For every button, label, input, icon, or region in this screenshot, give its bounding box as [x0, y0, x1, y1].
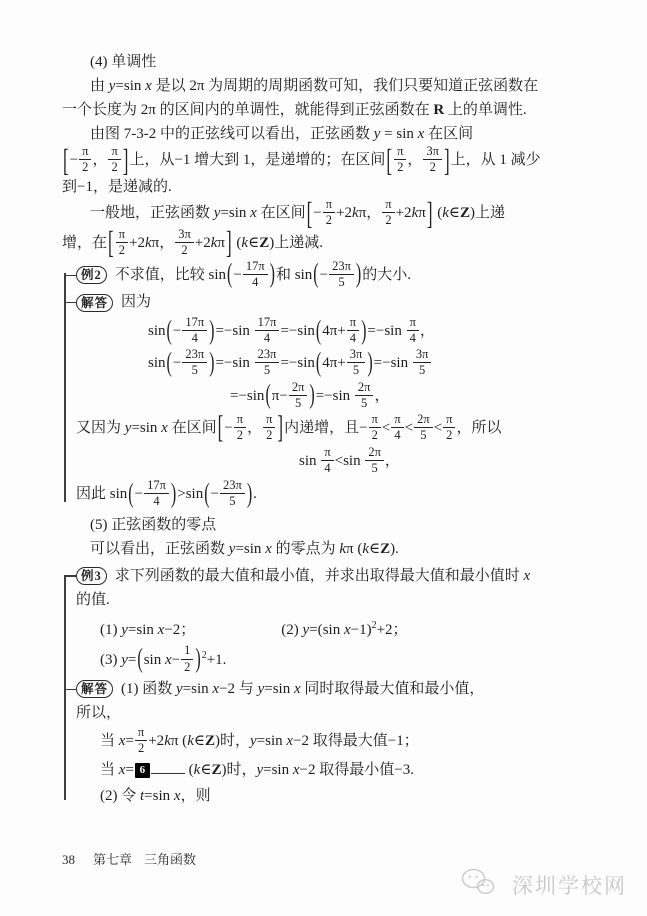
- text-run: (1) y=sin x−2；: [100, 622, 195, 638]
- span: ，则: [181, 788, 211, 804]
- text-run: 当 x=: [100, 762, 134, 778]
- span: ).: [390, 541, 399, 557]
- fraction: 2π5: [365, 446, 384, 475]
- fraction-denominator: 2: [323, 213, 335, 227]
- span: [250, 323, 254, 339]
- span: −: [313, 205, 321, 221]
- span: −: [224, 420, 232, 436]
- text-run: ，: [247, 420, 262, 436]
- it: k: [442, 205, 449, 221]
- circle: [487, 884, 489, 886]
- text-run: <: [405, 420, 413, 436]
- rm: sin: [148, 323, 166, 339]
- text-run: +2kπ: [195, 235, 225, 251]
- page-number: 38: [62, 852, 75, 867]
- span: 因此: [76, 486, 110, 502]
- fraction-numerator: 17π: [182, 316, 207, 331]
- text-line: sin π4<sin 2π5，: [76, 447, 623, 476]
- fraction: 3π5: [347, 348, 366, 377]
- chapter-label: 第七章: [93, 852, 132, 867]
- text-run: 求下列函数的最大值和最小值，并求出取得最大值和最小值时 x: [115, 568, 530, 584]
- text-run: 可以看出，正弦函数 y=sin x 的零点为 kπ (k∈Z).: [90, 541, 399, 557]
- text-run: 4π+: [322, 323, 346, 339]
- it: k: [187, 733, 194, 749]
- text-run: ，: [385, 453, 400, 469]
- big-paren: (: [128, 474, 133, 515]
- big-paren: (: [316, 343, 321, 384]
- text-line: 例3求下列函数的最大值和最小值，并求出取得最大值和最小值时 x: [64, 564, 623, 588]
- span: (2): [281, 622, 302, 638]
- big-bracket: [: [63, 138, 69, 182]
- text-run: sin: [148, 355, 166, 371]
- fraction: π2: [394, 145, 406, 174]
- rm: sin: [232, 323, 250, 339]
- span: +1.: [207, 652, 227, 668]
- text-line: (4) 单调性: [62, 50, 623, 74]
- text-run: +1.: [207, 652, 227, 668]
- span: (2) 令: [100, 788, 140, 804]
- text-run: 由 y=sin x 是以 2π 为周期的周期函数可知，我们只要知道正弦函数在: [90, 78, 538, 94]
- text-run: =−sin: [374, 355, 412, 371]
- span: =: [144, 788, 152, 804]
- rm: sin: [323, 622, 341, 638]
- text-run: 因为: [121, 294, 151, 310]
- span: π，: [359, 205, 382, 221]
- text-run: 一般地，正弦函数 y=sin x 在区间: [90, 205, 306, 221]
- text-run: 上，从 1 减少: [451, 152, 541, 168]
- paragraph-block: (4) 单调性由 y=sin x 是以 2π 为周期的周期函数可知，我们只要知道…: [62, 50, 623, 258]
- span: 可以看出，正弦函数: [90, 541, 229, 557]
- ellipse: [463, 870, 485, 888]
- fraction-denominator: 5: [220, 494, 245, 508]
- big-bracket: [: [218, 406, 224, 450]
- span: 同时取得最大值和最小值，: [301, 681, 485, 697]
- rm: sin: [124, 78, 142, 94]
- span: <: [434, 420, 442, 436]
- fraction: π2: [79, 145, 91, 174]
- it: x: [265, 541, 272, 557]
- span: =−: [367, 323, 384, 339]
- fraction: π2: [135, 726, 147, 755]
- fraction-numerator: π: [407, 316, 419, 331]
- rm: sin: [232, 355, 250, 371]
- fraction-denominator: 5: [365, 461, 384, 475]
- it: x: [174, 788, 181, 804]
- text-run: ，: [420, 323, 435, 339]
- big-paren: (: [204, 474, 209, 515]
- text-line: 的值.: [76, 588, 623, 612]
- fraction: 17π4: [243, 260, 268, 289]
- span: ，: [374, 388, 389, 404]
- rm: sin: [297, 355, 315, 371]
- span: =−: [316, 388, 333, 404]
- big-paren: ): [209, 343, 214, 384]
- fraction-numerator: 2π: [414, 413, 433, 428]
- example-label: 解答: [76, 294, 113, 312]
- span: 在区间: [168, 420, 217, 436]
- rm: sin: [273, 681, 291, 697]
- circle: [482, 884, 484, 886]
- fraction-numerator: π: [443, 413, 455, 428]
- fraction-numerator: π: [108, 145, 120, 160]
- rm: sin: [153, 788, 171, 804]
- rm: sin: [295, 267, 313, 283]
- span: −: [211, 486, 219, 502]
- text-run: π−: [272, 388, 288, 404]
- big-bracket: ]: [123, 138, 129, 182]
- fraction-denominator: 2: [234, 428, 246, 442]
- span: ，: [385, 453, 400, 469]
- span: =(: [309, 622, 322, 638]
- fraction: π2: [369, 413, 381, 442]
- text-run: ，: [92, 152, 107, 168]
- fraction-denominator: 2: [135, 741, 147, 755]
- text-line: 当 x=π2+2kπ (k∈Z)时，y=sin x−2 取得最大值−1；: [76, 727, 623, 756]
- rm: sin: [396, 126, 414, 142]
- fraction-numerator: π: [391, 413, 403, 428]
- it: y: [176, 681, 183, 697]
- rm: sin: [110, 486, 128, 502]
- text-run: (4) 单调性: [90, 54, 156, 70]
- it: x: [161, 420, 168, 436]
- rm: sin: [140, 420, 158, 436]
- text-run: 不求值，比较 sin: [115, 267, 226, 283]
- text-run: +2kπ (k∈Z)时，y=sin x−2 取得最大值−1；: [148, 733, 419, 749]
- text-run: 当 x=: [100, 733, 134, 749]
- text-line: 一个长度为 2π 的区间内的单调性，就能得到正弦函数在 R 上的单调性.: [62, 98, 623, 122]
- fraction: 17π4: [144, 479, 169, 508]
- fraction-numerator: π: [347, 316, 359, 331]
- span: )时，: [215, 733, 250, 749]
- span: )上递减.: [269, 235, 323, 251]
- span: π: [418, 205, 426, 221]
- blank-underline: [151, 762, 185, 774]
- wechat-icon: [460, 867, 496, 902]
- it: x: [293, 762, 300, 778]
- fraction-denominator: 4: [391, 428, 403, 442]
- text-run: 到−1，是递减的.: [62, 179, 172, 195]
- text-run: sin x−: [144, 652, 180, 668]
- span: −2 与: [219, 681, 257, 697]
- text-run: sin: [299, 453, 320, 469]
- text-run: 一个长度为 2π 的区间内的单调性，就能得到正弦函数在 R 上的单调性.: [62, 102, 527, 118]
- fraction: 2π5: [289, 381, 308, 410]
- text-run: −: [320, 267, 328, 283]
- fraction-denominator: 2: [382, 213, 394, 227]
- span: 是以 2π 为周期的周期函数可知，我们只要知道正弦函数在: [152, 78, 538, 94]
- fraction: 2π5: [414, 413, 433, 442]
- text-run: 内递增，且−: [284, 420, 367, 436]
- span: <: [405, 420, 413, 436]
- text-run: 上，从−1 增大到 1，是递增的；在区间: [129, 152, 385, 168]
- span: =: [128, 652, 136, 668]
- fraction-denominator: 5: [414, 428, 433, 442]
- text-run: −: [173, 355, 181, 371]
- span: (5) 正弦函数的零点: [90, 517, 216, 533]
- text-run: −: [135, 486, 143, 502]
- fraction-denominator: 2: [116, 243, 128, 257]
- rm: sin: [191, 681, 209, 697]
- text-run: <: [434, 420, 442, 436]
- span: (3): [100, 652, 121, 668]
- text-run: 由图 7-3-2 中的正弦线可以看出，正弦函数 y = sin x 在区间: [90, 126, 473, 142]
- text-run: −: [70, 152, 78, 168]
- span: 上，从−1 增大到 1，是递增的；在区间: [129, 152, 385, 168]
- text-run: ，: [374, 388, 389, 404]
- fraction: π2: [382, 198, 394, 227]
- big-paren: ): [195, 640, 200, 681]
- fraction-denominator: 2: [423, 160, 442, 174]
- fraction-numerator: π: [382, 198, 394, 213]
- text-line: 又因为 y=sin x 在区间[−π2，π2]内递增，且−π2<π4<2π5<π…: [76, 414, 623, 443]
- rm: sin: [391, 355, 409, 371]
- text-run: 的大小.: [362, 267, 411, 283]
- span: 4π+: [322, 355, 346, 371]
- text-run: =−sin: [215, 323, 253, 339]
- fraction: 23π5: [255, 348, 280, 377]
- big-paren: (: [227, 255, 232, 296]
- span: <: [382, 420, 390, 436]
- span: )上递: [470, 205, 505, 221]
- setb: Z: [460, 205, 470, 221]
- svg: [460, 867, 496, 897]
- text-line: 到−1，是递减的.: [62, 175, 623, 199]
- fraction-denominator: 2: [108, 160, 120, 174]
- text-line: 解答因为: [64, 290, 623, 314]
- span: 所以，: [76, 705, 121, 721]
- it: y: [250, 733, 257, 749]
- fraction-numerator: 17π: [144, 479, 169, 494]
- it: y: [121, 652, 128, 668]
- span: [250, 355, 254, 371]
- fraction: 23π5: [329, 260, 354, 289]
- text-run: (k∈Z)上递减.: [233, 235, 323, 251]
- chapter-title: 三角函数: [144, 852, 196, 867]
- fraction-numerator: 3π: [347, 348, 366, 363]
- fraction-denominator: 5: [329, 275, 354, 289]
- fraction: π4: [347, 316, 359, 345]
- example-label: 例2: [76, 266, 107, 284]
- fraction: π2: [108, 145, 120, 174]
- text-line: [−π2，π2]上，从−1 增大到 1，是递增的；在区间[π2，3π2]上，从 …: [62, 146, 623, 175]
- fraction-denominator: 2: [263, 428, 275, 442]
- fraction-denominator: 2: [175, 243, 194, 257]
- span: 又因为: [76, 420, 125, 436]
- fraction-numerator: 3π: [175, 228, 194, 243]
- text-run: =−sin: [367, 323, 405, 339]
- span: )时，: [221, 762, 256, 778]
- text-line: 例2不求值，比较 sin(−17π4)和 sin(−23π5)的大小.: [64, 261, 623, 290]
- span: 由图 7-3-2 中的正弦线可以看出，正弦函数: [90, 126, 374, 142]
- rm: sin: [136, 622, 154, 638]
- fraction-denominator: 5: [413, 363, 432, 377]
- text-line: =−sin(π−2π5)=−sin 2π5，: [76, 382, 623, 411]
- big-paren: ): [171, 474, 176, 515]
- fraction-denominator: 2: [394, 160, 406, 174]
- span: π: [217, 235, 225, 251]
- rm: sin: [265, 733, 283, 749]
- fraction-denominator: 4: [144, 494, 169, 508]
- text-line: 一般地，正弦函数 y=sin x 在区间[−π2+2kπ，π2+2kπ] (k∈…: [62, 199, 623, 228]
- text-line: sin(−23π5)=−sin 23π5=−sin(4π+3π5)=−sin 3…: [76, 349, 623, 378]
- text-run: −: [313, 205, 321, 221]
- span: π−: [272, 388, 288, 404]
- text-line: 由图 7-3-2 中的正弦线可以看出，正弦函数 y = sin x 在区间: [62, 122, 623, 146]
- fraction: π2: [263, 413, 275, 442]
- text-line: 所以，: [76, 701, 623, 725]
- big-bracket: [: [307, 192, 313, 236]
- span: −2 取得最大值−1；: [293, 733, 419, 749]
- text-line: 解答(1) 函数 y=sin x−2 与 y=sin x 同时取得最大值和最小值…: [64, 677, 623, 701]
- text-line: (3) y=(sin x−12)2+1.: [76, 644, 623, 675]
- span: −: [173, 323, 181, 339]
- text-run: >sin: [177, 486, 203, 502]
- span: <: [335, 453, 343, 469]
- setb: Z: [211, 762, 221, 778]
- span: 当: [100, 733, 119, 749]
- text-line: 可以看出，正弦函数 y=sin x 的零点为 kπ (k∈Z).: [62, 537, 623, 561]
- fraction-numerator: 2π: [289, 381, 308, 396]
- fraction-denominator: 2: [79, 160, 91, 174]
- textbook-page: (4) 单调性由 y=sin x 是以 2π 为周期的周期函数可知，我们只要知道…: [0, 0, 647, 916]
- rm: sin: [247, 388, 265, 404]
- span: ，: [407, 152, 422, 168]
- label-tick-line: [64, 689, 76, 691]
- span: −: [135, 486, 143, 502]
- span: 在区间: [257, 205, 306, 221]
- span: +2: [148, 733, 164, 749]
- text-run: ，所以: [456, 420, 501, 436]
- rm: sin: [144, 652, 162, 668]
- fraction-numerator: 3π: [413, 348, 432, 363]
- fraction-numerator: 23π: [329, 260, 354, 275]
- span: +2: [396, 205, 412, 221]
- span: 的值.: [76, 592, 110, 608]
- text-line: sin(−17π4)=−sin 17π4=−sin(4π+π4)=−sin π4…: [76, 317, 623, 346]
- fraction-denominator: 2: [369, 428, 381, 442]
- text-run: 和 sin: [276, 267, 312, 283]
- fraction-numerator: 1: [181, 644, 193, 659]
- span: +2: [336, 205, 352, 221]
- span: 一个长度为 2π 的区间内的单调性，就能得到正弦函数在: [62, 102, 433, 118]
- span: 当: [100, 762, 119, 778]
- text-line: 因此 sin(−17π4)>sin(−23π5).: [76, 480, 623, 509]
- fraction-numerator: π: [394, 145, 406, 160]
- span: =−: [230, 388, 247, 404]
- big-bracket: ]: [444, 138, 450, 182]
- span: (4) 单调性: [90, 54, 156, 70]
- span: π (: [346, 541, 362, 557]
- span: =−: [280, 355, 297, 371]
- big-paren: ): [356, 255, 361, 296]
- circle: [469, 876, 471, 878]
- text-run: −: [224, 420, 232, 436]
- span: =: [257, 733, 265, 749]
- span: 增，在: [62, 235, 107, 251]
- span: 的零点为: [272, 541, 340, 557]
- example-bracket-line: [64, 273, 66, 502]
- text-run: (2) 令 t=sin x，则: [100, 788, 211, 804]
- fraction-numerator: π: [79, 145, 91, 160]
- span: −: [173, 355, 181, 371]
- span: 的大小.: [362, 267, 411, 283]
- fraction-denominator: 4: [407, 331, 419, 345]
- example-bracket-line: [64, 576, 66, 800]
- span: ∈: [200, 762, 211, 778]
- span: 到−1，是递减的.: [62, 179, 172, 195]
- fraction-numerator: π: [321, 446, 333, 461]
- text-run: −: [173, 323, 181, 339]
- span: ∈: [194, 733, 205, 749]
- it: x: [165, 652, 172, 668]
- big-paren: ): [270, 255, 275, 296]
- text-run: 所以，: [76, 705, 121, 721]
- text-run: (1) 函数 y=sin x−2 与 y=sin x 同时取得最大值和最小值，: [121, 681, 484, 697]
- text-line: 当 x=6 (k∈Z)时，y=sin x−2 取得最小值−3.: [76, 758, 623, 782]
- text-run: 的值.: [76, 592, 110, 608]
- span: (: [185, 762, 194, 778]
- rm: sin: [229, 205, 247, 221]
- span: =−: [215, 323, 232, 339]
- big-paren: (: [313, 255, 318, 296]
- span: ，所以: [456, 420, 501, 436]
- text-line: (2) 令 t=sin x，则: [76, 784, 623, 808]
- text-run: sin: [148, 323, 166, 339]
- text-run: (2) y=(sin x−1): [281, 622, 371, 638]
- fraction-numerator: 2π: [355, 381, 374, 396]
- fraction: π4: [391, 413, 403, 442]
- span: .: [253, 486, 257, 502]
- g: [463, 870, 494, 894]
- span: =: [125, 762, 133, 778]
- span: π，: [152, 235, 175, 251]
- it: k: [145, 235, 152, 251]
- example-block: 例3求下列函数的最大值和最小值，并求出取得最大值和最小值时 x的值.(1) y=…: [62, 564, 623, 808]
- it: x: [250, 205, 257, 221]
- fraction: 23π5: [182, 348, 207, 377]
- text-run: =−sin: [215, 355, 253, 371]
- fraction-denominator: 5: [289, 396, 308, 410]
- it: x: [524, 568, 531, 584]
- fraction-numerator: 17π: [243, 260, 268, 275]
- example-block: 例2不求值，比较 sin(−17π4)和 sin(−23π5)的大小.解答因为s…: [62, 261, 623, 510]
- fraction: π4: [407, 316, 419, 345]
- text-line: (1) y=sin x−2；(2) y=(sin x−1)2+2；: [76, 614, 623, 642]
- span: [361, 453, 365, 469]
- rm: sin: [384, 323, 402, 339]
- span: −: [70, 152, 78, 168]
- rm: sin: [148, 355, 166, 371]
- fraction-numerator: π: [369, 413, 381, 428]
- text-run: (5) 正弦函数的零点: [90, 517, 216, 533]
- span: −: [172, 652, 180, 668]
- fraction: π2: [234, 413, 246, 442]
- fraction-numerator: 23π: [220, 479, 245, 494]
- it: x: [294, 681, 301, 697]
- rm: sin: [272, 762, 290, 778]
- big-bracket: ]: [277, 406, 283, 450]
- label-tick-line: [64, 275, 76, 277]
- span: +2: [195, 235, 211, 251]
- span: 一般地，正弦函数: [90, 205, 214, 221]
- watermark: 深圳学校网: [460, 867, 627, 902]
- big-bracket: [: [108, 221, 114, 265]
- page-footer: 38第七章三角函数: [62, 849, 196, 868]
- setb: Z: [380, 541, 390, 557]
- text-run: (k∈Z)时，y=sin x−2 取得最小值−3.: [185, 762, 414, 778]
- span: 由: [90, 78, 109, 94]
- span: =−: [280, 323, 297, 339]
